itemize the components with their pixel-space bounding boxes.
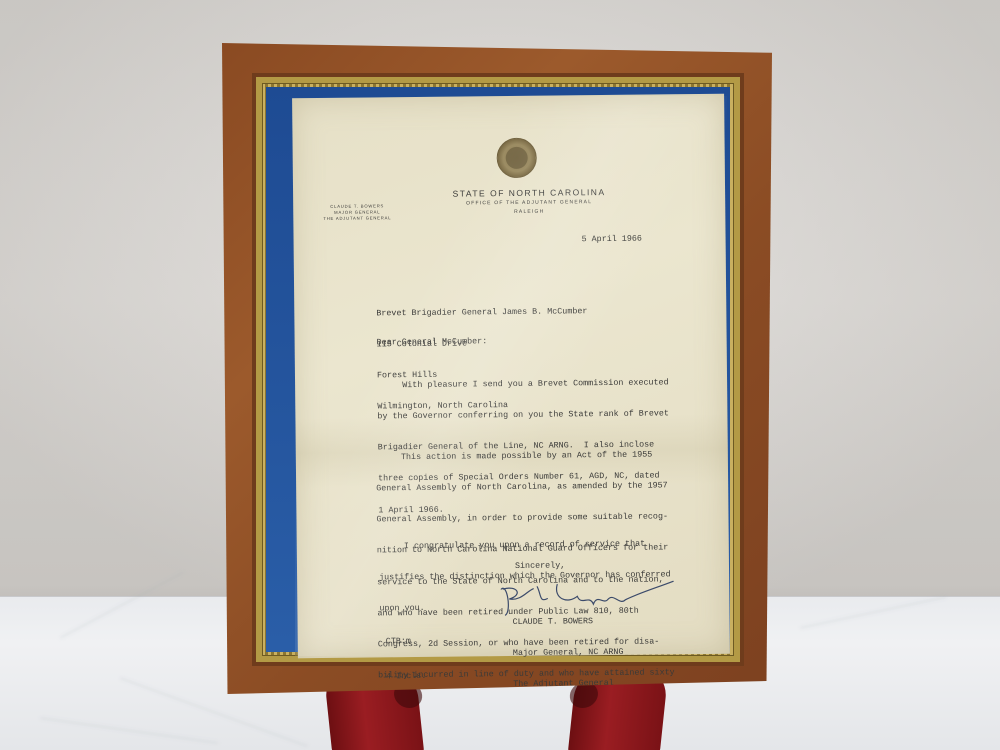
letterhead-sender: CLAUDE T. BOWERS MAJOR GENERAL THE ADJUT… (323, 203, 391, 222)
closing: Sincerely, (515, 560, 565, 571)
state-seal-icon (497, 138, 537, 178)
picture-frame: STATE OF NORTH CAROLINA OFFICE OF THE AD… (222, 43, 772, 694)
letter-document: STATE OF NORTH CAROLINA OFFICE OF THE AD… (292, 94, 730, 658)
letter-date: 5 April 1966 (582, 234, 642, 245)
salutation: Dear General McCumber: (377, 336, 488, 348)
